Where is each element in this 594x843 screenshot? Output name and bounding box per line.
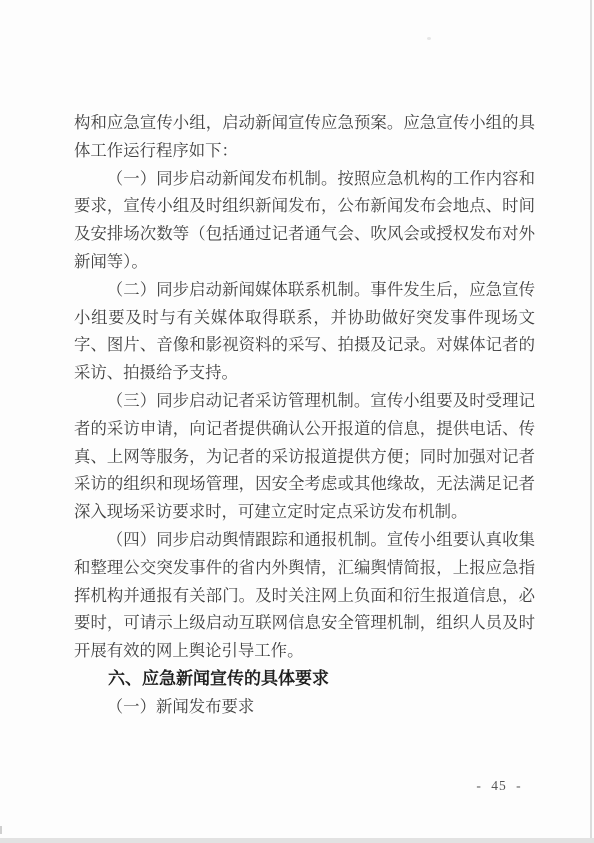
section-heading: 六、应急新闻宣传的具体要求 xyxy=(74,665,535,693)
scan-edge-artifact-bottom xyxy=(0,838,594,843)
scan-edge-artifact-left xyxy=(0,826,2,834)
paragraph: （一）新闻发布要求 xyxy=(74,693,535,721)
paragraph: 构和应急宣传小组，启动新闻宣传应急预案。应急宣传小组的具体工作运行程序如下： xyxy=(74,109,535,165)
paragraph: （四）同步启动舆情跟踪和通报机制。宣传小组要认真收集和整理公交突发事件的省内外舆… xyxy=(74,526,535,665)
document-body: 构和应急宣传小组，启动新闻宣传应急预案。应急宣传小组的具体工作运行程序如下：（一… xyxy=(74,109,535,721)
paragraph: （三）同步启动记者采访管理机制。宣传小组要及时受理记者的采访申请，向记者提供确认… xyxy=(74,387,535,526)
paragraph: （二）同步启动新闻媒体联系机制。事件发生后，应急宣传小组要及时与有关媒体取得联系… xyxy=(74,276,535,387)
page-number: - 45 - xyxy=(440,778,558,794)
scan-edge-artifact-right xyxy=(590,0,592,843)
paragraph: （一）同步启动新闻发布机制。按照应急机构的工作内容和要求，宣传小组及时组织新闻发… xyxy=(74,165,535,276)
scan-smudge-artifact xyxy=(427,37,431,40)
scanned-document-page: 构和应急宣传小组，启动新闻宣传应急预案。应急宣传小组的具体工作运行程序如下：（一… xyxy=(0,0,594,843)
